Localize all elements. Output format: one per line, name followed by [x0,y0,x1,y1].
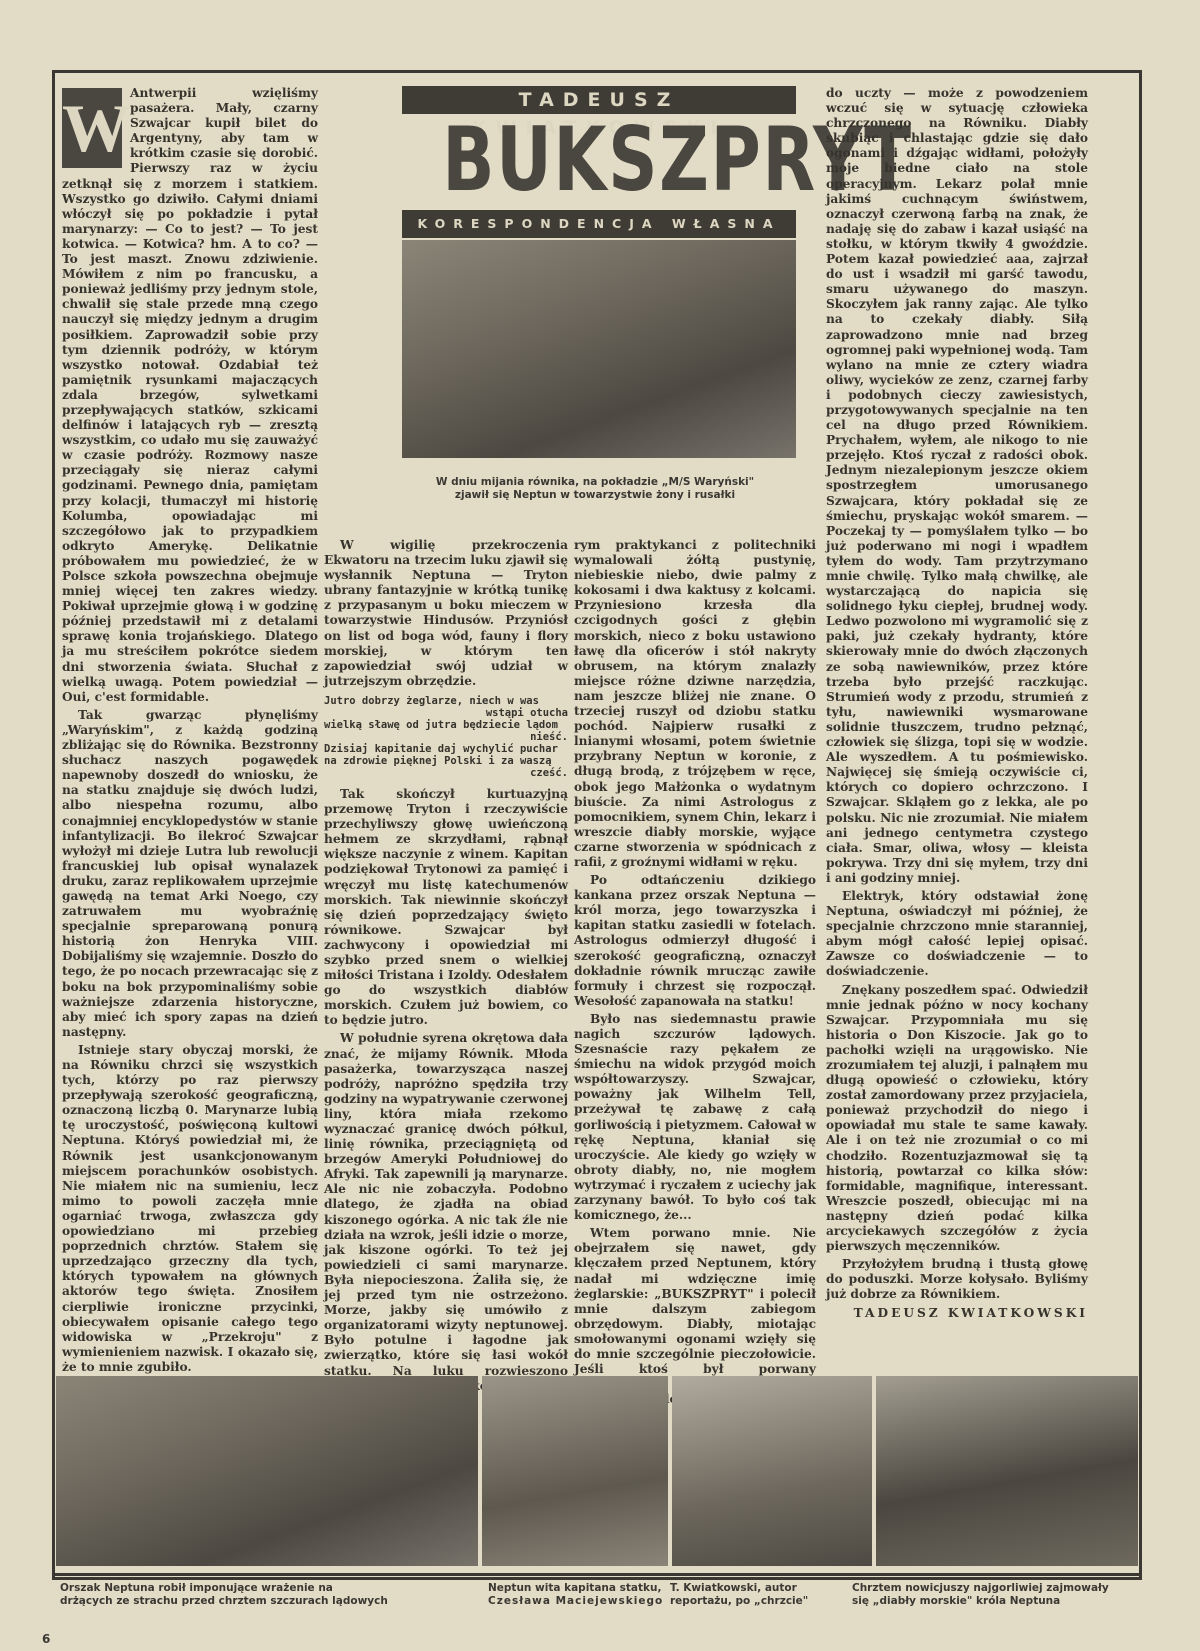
paragraph: Po odtańczeniu dzikiego kankana przez or… [574,873,816,1009]
main-photo-caption: W dniu mijania równika, na pokładzie „M/… [380,476,810,502]
poem-verse: Jutro dobrzy żeglarze, niech w was wstąp… [324,695,568,779]
subtitle-banner: KORESPONDENCJA WŁASNA [402,210,796,238]
article-column-4: do uczty — może z powodzeniem wczuć się … [826,86,1088,1324]
paragraph: rym praktykanci z politechniki wymalowal… [574,538,816,870]
drop-cap: W [62,88,122,168]
poem-line: Dzisiaj kapitanie daj wychylić puchar [324,743,568,755]
article-title: BUKSZPRYT [442,114,756,206]
sea-devils-photo [876,1376,1138,1566]
article-column-3: rym praktykanci z politechniki wymalowal… [574,538,816,1425]
caption-line: reportażu, po „chrzcie" [670,1595,840,1608]
procession-photo [56,1376,478,1566]
bottom-caption-4: Chrztem nowicjuszy najgorliwiej zajmował… [852,1582,1132,1608]
paragraph: Elektryk, który odstawiał żonę Neptuna, … [826,889,1088,980]
caption-line: Orszak Neptuna robił imponujące wrażenie… [60,1582,480,1595]
bottom-caption-1: Orszak Neptuna robił imponujące wrażenie… [60,1582,480,1608]
article-column-1: W Antwerpii wzięliśmy pasażera. Mały, cz… [62,86,318,1378]
paragraph: Antwerpii wzięliśmy pasażera. Mały, czar… [62,86,318,705]
bottom-caption-2: Neptun wita kapitana statku, Czesława Ma… [488,1582,678,1608]
captain-photo [482,1376,668,1566]
paragraph: Tak gwarząc płynęliśmy „Waryńskim", z ka… [62,708,318,1040]
author-signature: TADEUSZ KWIATKOWSKI [826,1306,1088,1321]
caption-line: Chrztem nowicjuszy najgorliwiej zajmował… [852,1582,1132,1595]
paragraph: Było nas siedemnastu prawie nagich szczu… [574,1012,816,1223]
paragraph: W południe syrena okrętowa dała znać, że… [324,1031,568,1408]
poem-line: nieść. [324,731,568,743]
poem-line: na zdrowie pięknej Polski i za waszą [324,755,568,767]
caption-line: zjawił się Neptun w towarzystwie żony i … [380,489,810,502]
paragraph: W wigilię przekroczenia Ekwatoru na trze… [324,538,568,689]
paragraph: do uczty — może z powodzeniem wczuć się … [826,86,1088,886]
poem-line: cześć. [324,767,568,779]
article-column-2: W wigilię przekroczenia Ekwatoru na trze… [324,538,568,1412]
page-number: 6 [42,1632,50,1646]
neptune-photo [402,240,796,458]
paragraph: Tak skończył kurtuazyjną przemowę Tryton… [324,787,568,1029]
strip-divider [52,1573,1142,1576]
poem-line: Jutro dobrzy żeglarze, niech w was [324,695,568,707]
paragraph: Przyłożyłem brudną i tłustą głowę do pod… [826,1257,1088,1302]
caption-line: się „diabły morskie" króla Neptuna [852,1595,1132,1608]
bottom-caption-3: T. Kwiatkowski, autor reportażu, po „chr… [670,1582,840,1608]
author-photo [672,1376,872,1566]
paragraph: Znękany poszedłem spać. Odwiedził mnie j… [826,983,1088,1255]
caption-line: Neptun wita kapitana statku, [488,1582,678,1595]
caption-line: W dniu mijania równika, na pokładzie „M/… [380,476,810,489]
poem-line: wielką sławę od jutra będziecie lądom [324,719,568,731]
caption-line: T. Kwiatkowski, autor [670,1582,840,1595]
poem-line: wstąpi otucha [324,707,568,719]
paragraph: Istnieje stary obyczaj morski, że na Rów… [62,1043,318,1375]
bottom-photo-strip [56,1376,1138,1566]
caption-line: drżących ze strachu przed chrztem szczur… [60,1595,480,1608]
caption-line: Czesława Maciejewskiego [488,1595,678,1608]
